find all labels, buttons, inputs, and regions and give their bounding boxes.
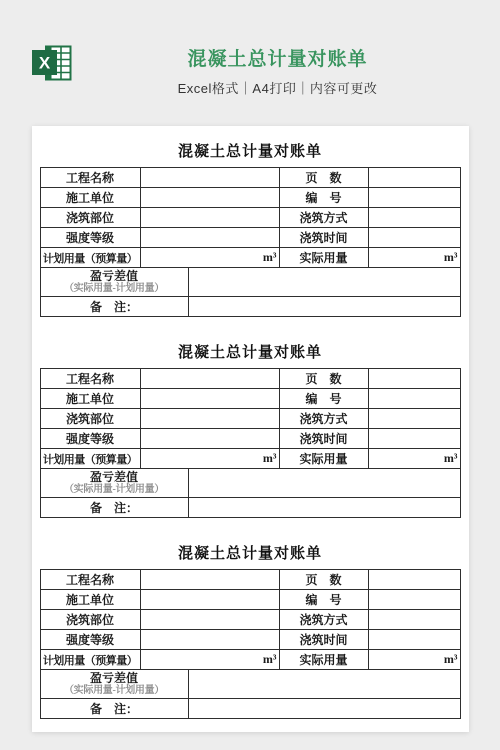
cell-actual-quantity-unit: m³	[368, 449, 460, 469]
table-row: 强度等级 浇筑时间	[40, 429, 460, 449]
cell-pouring-time	[368, 228, 460, 248]
table-row: 备 注：	[40, 498, 460, 518]
label-pouring-part: 浇筑部位	[40, 610, 140, 630]
label-strength-grade: 强度等级	[40, 630, 140, 650]
cell-construction-unit	[140, 590, 279, 610]
table-row: 备 注：	[40, 297, 460, 317]
cell-strength-grade	[140, 429, 279, 449]
diff-label-sub: （实际用量-计划用量）	[43, 283, 186, 295]
label-profit-loss-difference: 盈亏差值 （实际用量-计划用量）	[40, 670, 188, 699]
cell-serial-number	[368, 389, 460, 409]
reconciliation-form-1: 混凝土总计量对账单 工程名称 页 数 施工单位 编 号 浇筑部位	[32, 140, 469, 317]
cell-remarks	[188, 297, 460, 317]
table-row: 强度等级 浇筑时间	[40, 228, 460, 248]
label-remarks: 备 注：	[40, 297, 188, 317]
cell-profit-loss-difference	[188, 268, 460, 297]
form-table: 工程名称 页 数 施工单位 编 号 浇筑部位 浇筑方式	[40, 368, 461, 518]
label-planned-quantity: 计划用量（预算量）	[40, 248, 140, 268]
reconciliation-form-2: 混凝土总计量对账单 工程名称 页 数 施工单位 编 号 浇筑部位	[32, 341, 469, 518]
cell-construction-unit	[140, 188, 279, 208]
table-row: 盈亏差值 （实际用量-计划用量）	[40, 268, 460, 297]
table-row: 浇筑部位 浇筑方式	[40, 409, 460, 429]
label-pouring-part: 浇筑部位	[40, 409, 140, 429]
label-page-count: 页 数	[279, 168, 368, 188]
table-row: 施工单位 编 号	[40, 590, 460, 610]
cell-construction-unit	[140, 389, 279, 409]
label-pouring-time: 浇筑时间	[279, 429, 368, 449]
table-row: 备 注：	[40, 699, 460, 719]
diff-label-sub: （实际用量-计划用量）	[43, 685, 186, 697]
cell-profit-loss-difference	[188, 670, 460, 699]
form-table: 工程名称 页 数 施工单位 编 号 浇筑部位 浇筑方式	[40, 167, 461, 317]
form-title: 混凝土总计量对账单	[32, 542, 469, 563]
form-title: 混凝土总计量对账单	[32, 140, 469, 161]
cell-planned-quantity-unit: m³	[140, 449, 279, 469]
table-row: 强度等级 浇筑时间	[40, 630, 460, 650]
label-profit-loss-difference: 盈亏差值 （实际用量-计划用量）	[40, 268, 188, 297]
table-row: 盈亏差值 （实际用量-计划用量）	[40, 670, 460, 699]
label-strength-grade: 强度等级	[40, 429, 140, 449]
cell-page-count	[368, 369, 460, 389]
cell-project-name	[140, 369, 279, 389]
diff-label-main: 盈亏差值	[43, 470, 186, 484]
cell-serial-number	[368, 188, 460, 208]
cell-pouring-method	[368, 409, 460, 429]
cell-pouring-part	[140, 208, 279, 228]
label-profit-loss-difference: 盈亏差值 （实际用量-计划用量）	[40, 469, 188, 498]
cell-page-count	[368, 570, 460, 590]
cell-planned-quantity-unit: m³	[140, 650, 279, 670]
table-row: 工程名称 页 数	[40, 570, 460, 590]
cell-planned-quantity-unit: m³	[140, 248, 279, 268]
cell-pouring-time	[368, 630, 460, 650]
page-header: X 混凝土总计量对账单 Excel格式｜A4打印｜内容可更改	[0, 0, 500, 97]
svg-text:X: X	[39, 54, 51, 73]
label-pouring-method: 浇筑方式	[279, 208, 368, 228]
excel-logo-icon: X	[32, 45, 72, 81]
cell-profit-loss-difference	[188, 469, 460, 498]
page-subtitle: Excel格式｜A4打印｜内容可更改	[55, 78, 500, 97]
cell-project-name	[140, 168, 279, 188]
table-row: 浇筑部位 浇筑方式	[40, 610, 460, 630]
label-actual-quantity: 实际用量	[279, 650, 368, 670]
cell-project-name	[140, 570, 279, 590]
label-planned-quantity: 计划用量（预算量）	[40, 650, 140, 670]
label-construction-unit: 施工单位	[40, 389, 140, 409]
cell-actual-quantity-unit: m³	[368, 650, 460, 670]
label-remarks: 备 注：	[40, 498, 188, 518]
label-remarks: 备 注：	[40, 699, 188, 719]
cell-pouring-method	[368, 208, 460, 228]
label-serial-number: 编 号	[279, 590, 368, 610]
cell-pouring-part	[140, 409, 279, 429]
table-row: 计划用量（预算量） m³ 实际用量 m³	[40, 449, 460, 469]
table-row: 计划用量（预算量） m³ 实际用量 m³	[40, 248, 460, 268]
cell-page-count	[368, 168, 460, 188]
label-pouring-time: 浇筑时间	[279, 228, 368, 248]
label-project-name: 工程名称	[40, 168, 140, 188]
label-pouring-part: 浇筑部位	[40, 208, 140, 228]
page-title: 混凝土总计量对账单	[55, 44, 500, 71]
table-row: 盈亏差值 （实际用量-计划用量）	[40, 469, 460, 498]
diff-label-sub: （实际用量-计划用量）	[43, 484, 186, 496]
label-project-name: 工程名称	[40, 570, 140, 590]
cell-pouring-part	[140, 610, 279, 630]
label-pouring-method: 浇筑方式	[279, 409, 368, 429]
cell-pouring-time	[368, 429, 460, 449]
table-row: 施工单位 编 号	[40, 389, 460, 409]
label-construction-unit: 施工单位	[40, 590, 140, 610]
diff-label-main: 盈亏差值	[43, 269, 186, 283]
label-project-name: 工程名称	[40, 369, 140, 389]
form-table: 工程名称 页 数 施工单位 编 号 浇筑部位 浇筑方式	[40, 569, 461, 719]
a4-page-preview: 混凝土总计量对账单 工程名称 页 数 施工单位 编 号 浇筑部位	[32, 126, 469, 732]
table-row: 工程名称 页 数	[40, 369, 460, 389]
label-pouring-time: 浇筑时间	[279, 630, 368, 650]
cell-serial-number	[368, 590, 460, 610]
label-pouring-method: 浇筑方式	[279, 610, 368, 630]
label-planned-quantity: 计划用量（预算量）	[40, 449, 140, 469]
cell-remarks	[188, 699, 460, 719]
label-strength-grade: 强度等级	[40, 228, 140, 248]
label-actual-quantity: 实际用量	[279, 449, 368, 469]
label-construction-unit: 施工单位	[40, 188, 140, 208]
table-row: 工程名称 页 数	[40, 168, 460, 188]
reconciliation-form-3: 混凝土总计量对账单 工程名称 页 数 施工单位 编 号 浇筑部位	[32, 542, 469, 719]
cell-actual-quantity-unit: m³	[368, 248, 460, 268]
diff-label-main: 盈亏差值	[43, 671, 186, 685]
header-text-block: 混凝土总计量对账单 Excel格式｜A4打印｜内容可更改	[0, 44, 500, 97]
label-serial-number: 编 号	[279, 188, 368, 208]
cell-strength-grade	[140, 630, 279, 650]
label-page-count: 页 数	[279, 369, 368, 389]
cell-remarks	[188, 498, 460, 518]
cell-pouring-method	[368, 610, 460, 630]
table-row: 施工单位 编 号	[40, 188, 460, 208]
table-row: 浇筑部位 浇筑方式	[40, 208, 460, 228]
label-page-count: 页 数	[279, 570, 368, 590]
label-serial-number: 编 号	[279, 389, 368, 409]
form-title: 混凝土总计量对账单	[32, 341, 469, 362]
label-actual-quantity: 实际用量	[279, 248, 368, 268]
table-row: 计划用量（预算量） m³ 实际用量 m³	[40, 650, 460, 670]
cell-strength-grade	[140, 228, 279, 248]
